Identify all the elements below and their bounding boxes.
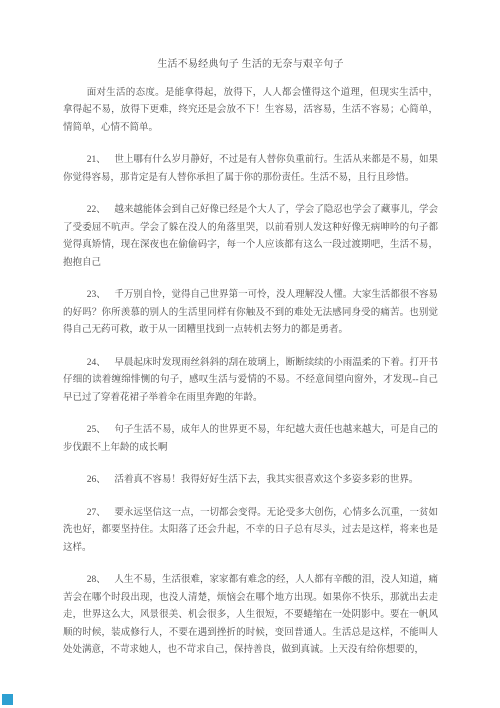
quote-number: 23、 <box>87 290 106 300</box>
quote-text: 人生不易，生活很难，家家都有难念的经，人人都有辛酸的泪，没人知道，痛苦会在哪个时… <box>63 575 438 655</box>
quote-item-23: 23、千万别自怜，觉得自己世界第一可怜，没人理解没人懂。大家生活都很不容易的好吗… <box>63 287 438 340</box>
quote-number: 27、 <box>87 508 106 518</box>
quote-item-21: 21、世上哪有什么岁月静好，不过是有人替你负重前行。生活从来都是不易，如果你觉得… <box>63 152 438 187</box>
quote-item-28: 28、人生不易，生活很难，家家都有难念的经，人人都有辛酸的泪，没人知道，痛苦会在… <box>63 572 438 660</box>
quote-text: 越来越能体会到自己好像已经是个大人了，学会了隐忍也学会了藏事儿，学会了受委屈不吭… <box>63 205 438 268</box>
quote-number: 21、 <box>87 155 106 165</box>
quote-text: 活着真不容易！我得好好生活下去，我其实很喜欢这个多姿多彩的世界。 <box>114 475 418 485</box>
quote-item-27: 27、要永远坚信这一点，一切都会变得。无论受多大创伤，心情多么沉重，一贫如洗也好… <box>63 505 438 558</box>
intro-paragraph: 面对生活的态度。是能拿得起，放得下，人人都会懂得这个道理，但现实生活中，拿得起不… <box>63 85 438 138</box>
quote-item-26: 26、活着真不容易！我得好好生活下去，我其实很喜欢这个多姿多彩的世界。 <box>63 472 438 490</box>
quote-text: 世上哪有什么岁月静好，不过是有人替你负重前行。生活从来都是不易，如果你觉得容易，… <box>63 155 438 183</box>
quote-text: 千万别自怜，觉得自己世界第一可怜，没人理解没人懂。大家生活都很不容易的好吗？你所… <box>63 290 438 335</box>
quote-item-24: 24、早晨起床时发现雨丝斜斜的刮在玻璃上，断断续续的小雨温柔的下着。打开书仔细的… <box>63 355 438 408</box>
quote-number: 28、 <box>87 575 106 585</box>
quote-list: 21、世上哪有什么岁月静好，不过是有人替你负重前行。生活从来都是不易，如果你觉得… <box>63 152 438 660</box>
page-title: 生活不易经典句子 生活的无奈与艰辛句子 <box>63 56 438 74</box>
quote-number: 25、 <box>87 425 106 435</box>
quote-text: 早晨起床时发现雨丝斜斜的刮在玻璃上，断断续续的小雨温柔的下着。打开书仔细的读着缠… <box>63 358 438 403</box>
quote-text: 要永远坚信这一点，一切都会变得。无论受多大创伤，心情多么沉重，一贫如洗也好，都要… <box>63 508 438 553</box>
document-page: 生活不易经典句子 生活的无奈与艰辛句子 面对生活的态度。是能拿得起，放得下，人人… <box>0 0 500 708</box>
quote-text: 句子生活不易，成年人的世界更不易，年纪越大责任也越来越大，可是自己的步伐跟不上年… <box>63 425 438 453</box>
quote-item-25: 25、句子生活不易，成年人的世界更不易，年纪越大责任也越来越大，可是自己的步伐跟… <box>63 422 438 457</box>
quote-number: 26、 <box>87 475 106 485</box>
corner-watermark-icon <box>2 694 13 705</box>
quote-number: 22、 <box>87 205 106 215</box>
quote-number: 24、 <box>87 358 106 368</box>
quote-item-22: 22、越来越能体会到自己好像已经是个大人了，学会了隐忍也学会了藏事儿，学会了受委… <box>63 202 438 272</box>
